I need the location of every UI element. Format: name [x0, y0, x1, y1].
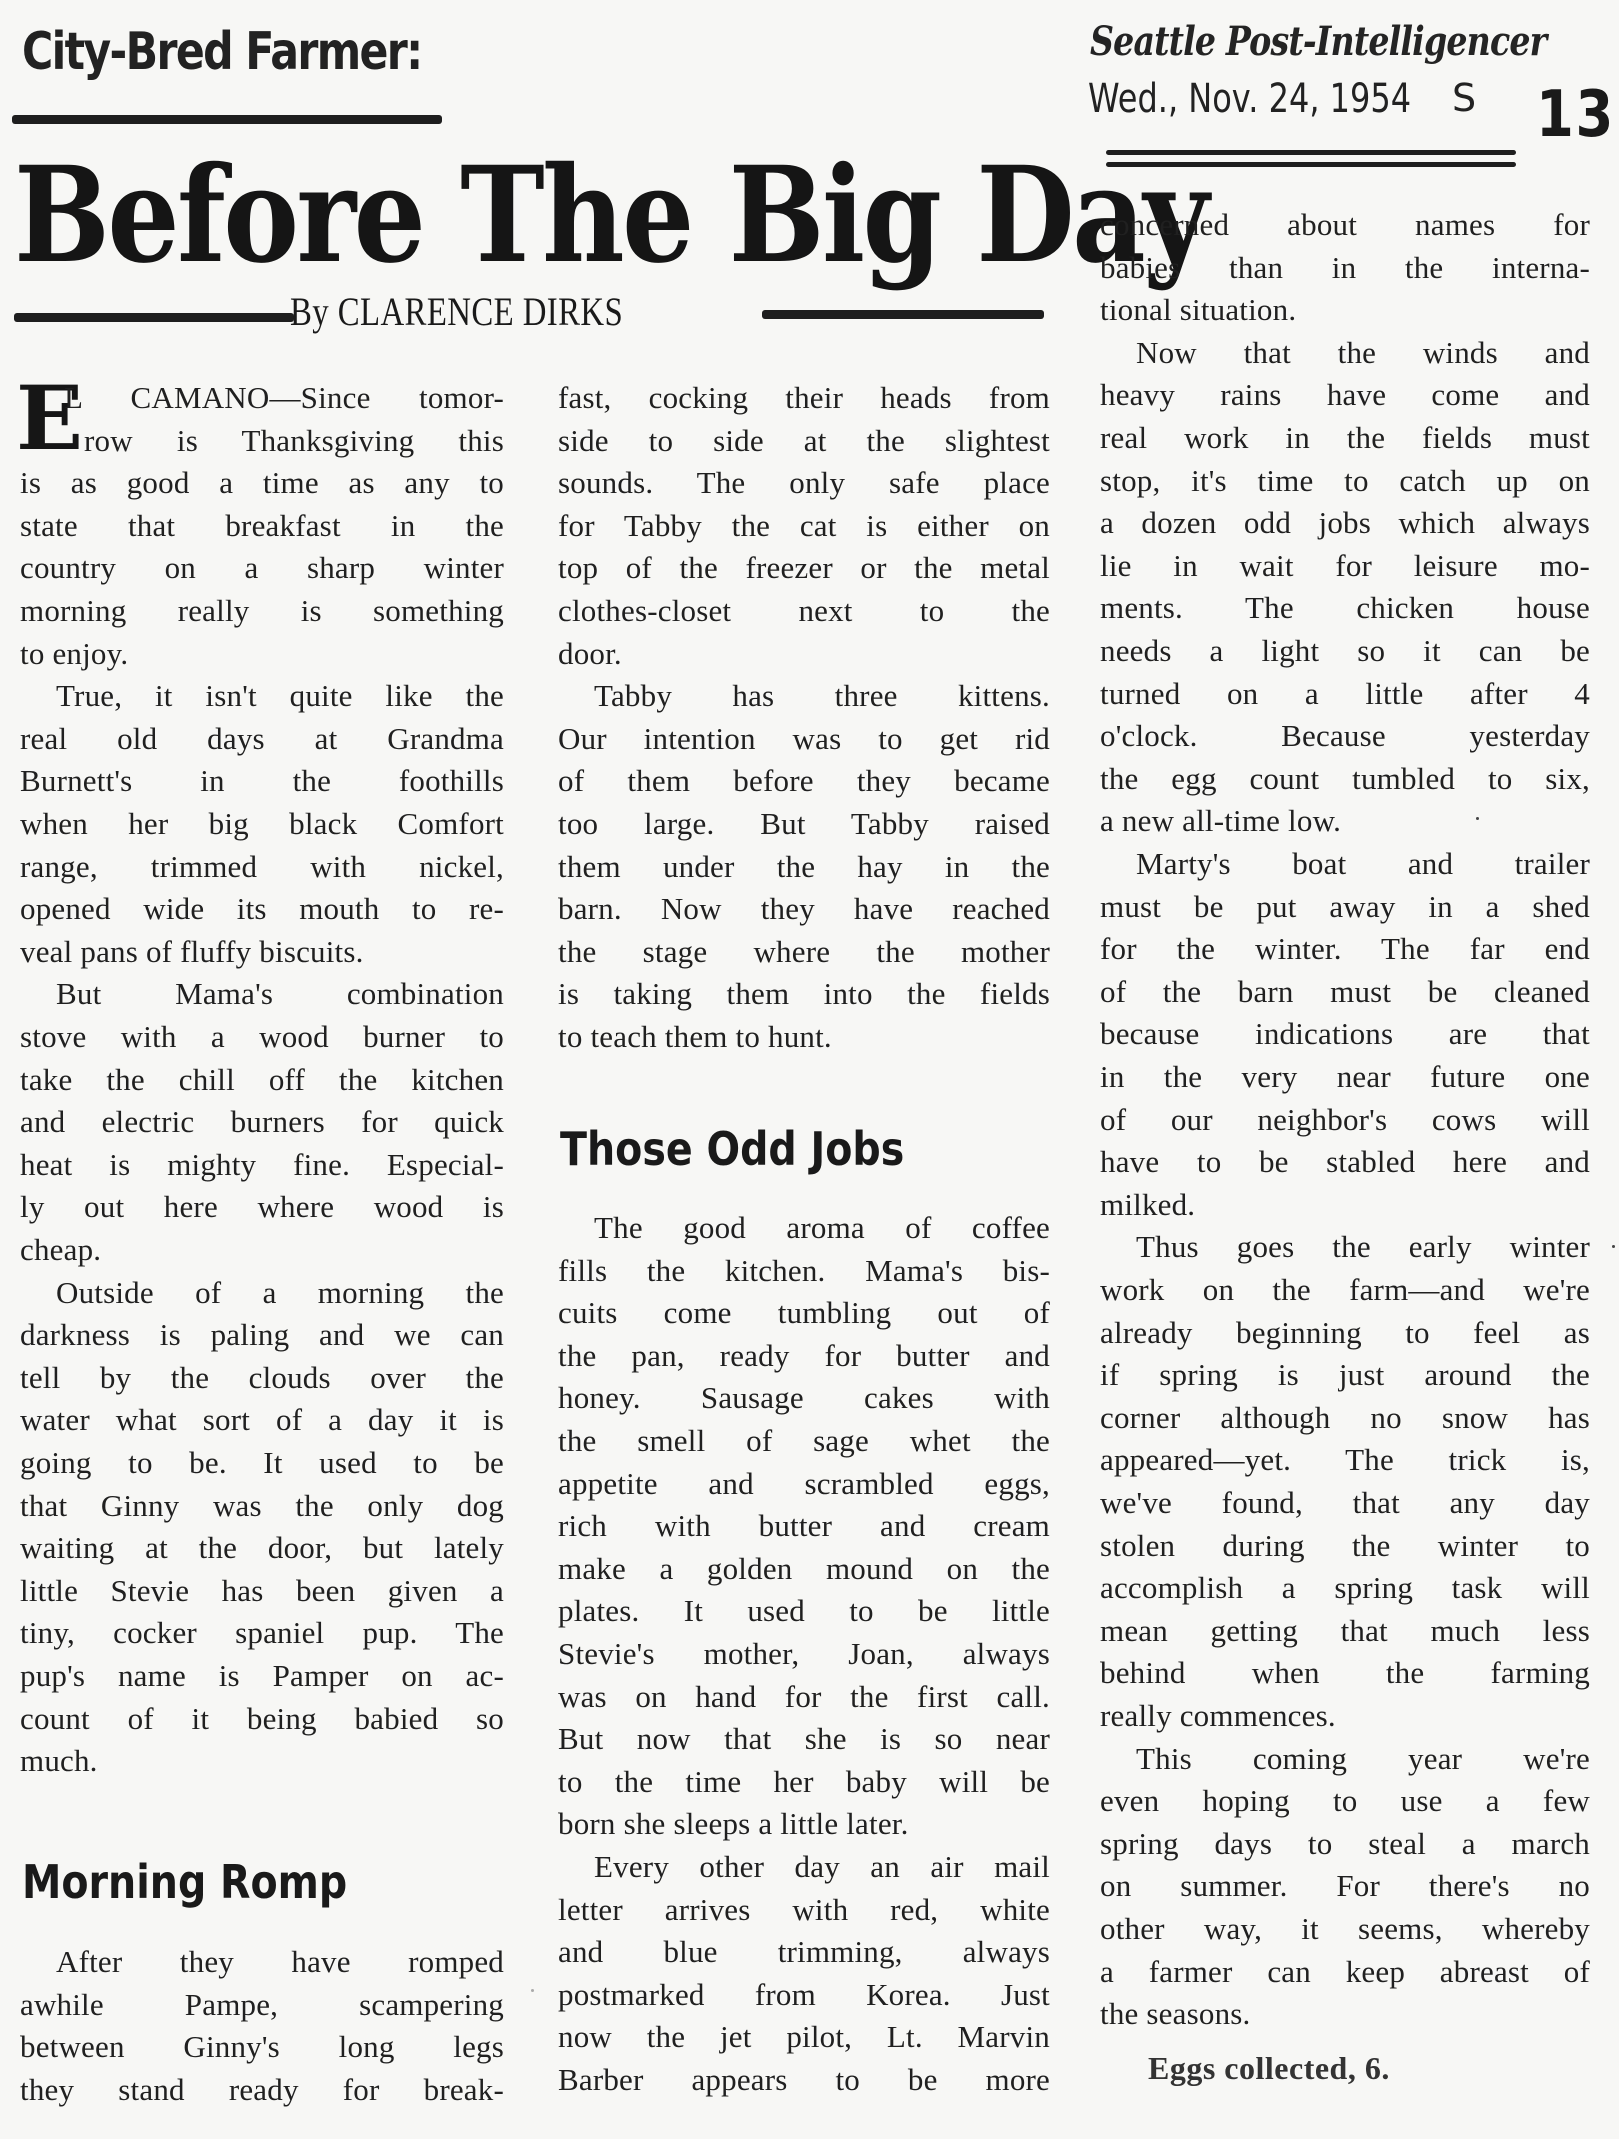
text-line: cheap. — [20, 1230, 504, 1270]
text-line: the seasons. — [1100, 1994, 1590, 2034]
text-line: L CAMANO—Since tomor- — [64, 378, 504, 418]
text-line: the egg count tumbled to six, — [1100, 759, 1590, 799]
text-line: Our intention was to get rid — [558, 719, 1050, 759]
text-line: tional situation. — [1100, 290, 1590, 330]
text-line: heat is mighty fine. Especial- — [20, 1145, 504, 1185]
text-line: too large. But Tabby raised — [558, 804, 1050, 844]
text-line: But now that she is so near — [558, 1719, 1050, 1759]
text-line: going to be. It used to be — [20, 1443, 504, 1483]
text-line: count of it being babied so — [20, 1699, 504, 1739]
text-line: make a golden mound on the — [558, 1549, 1050, 1589]
text-line: born she sleeps a little later. — [558, 1804, 1050, 1844]
text-line: Burnett's in the foothills — [20, 761, 504, 801]
text-line: appeared—yet. The trick is, — [1100, 1440, 1590, 1480]
text-line: Thus goes the early winter — [1100, 1227, 1590, 1267]
text-line: stove with a wood burner to — [20, 1017, 504, 1057]
text-line: tell by the clouds over the — [20, 1358, 504, 1398]
publication-date: Wed., Nov. 24, 1954 — [1088, 76, 1411, 122]
masthead-double-rule-bottom — [1106, 162, 1516, 167]
text-line: is taking them into the fields — [558, 974, 1050, 1014]
text-line: row is Thanksgiving this — [84, 421, 504, 461]
text-line: milked. — [1100, 1185, 1590, 1225]
text-line: Outside of a morning the — [20, 1273, 504, 1313]
text-line: state that breakfast in the — [20, 506, 504, 546]
subhead: Morning Romp — [22, 1855, 347, 1909]
text-line: stolen during the winter to — [1100, 1526, 1590, 1566]
text-line: because indications are that — [1100, 1014, 1590, 1054]
kicker-rule — [12, 115, 442, 124]
text-line: lie in wait for leisure mo- — [1100, 546, 1590, 586]
subhead: Those Odd Jobs — [560, 1122, 904, 1176]
sign-off: Eggs collected, 6. — [1148, 2050, 1390, 2087]
text-line: we've found, that any day — [1100, 1483, 1590, 1523]
text-line: tiny, cocker spaniel pup. The — [20, 1613, 504, 1653]
text-line: to teach them to hunt. — [558, 1017, 1050, 1057]
text-line: for Tabby the cat is either on — [558, 506, 1050, 546]
text-line: on summer. For there's no — [1100, 1866, 1590, 1906]
newspaper-masthead: Seattle Post-Intelligencer — [1090, 18, 1546, 65]
text-line: when her big black Comfort — [20, 804, 504, 844]
text-line: accomplish a spring task will — [1100, 1568, 1590, 1608]
text-line: really commences. — [1100, 1696, 1590, 1736]
text-line: This coming year we're — [1100, 1739, 1590, 1779]
text-line: them under the hay in the — [558, 847, 1050, 887]
text-line: cuits come tumbling out of — [558, 1293, 1050, 1333]
text-line: ments. The chicken house — [1100, 588, 1590, 628]
text-line: they stand ready for break- — [20, 2070, 504, 2110]
text-line: barn. Now they have reached — [558, 889, 1050, 929]
text-line: plates. It used to be little — [558, 1591, 1050, 1631]
text-line: the stage where the mother — [558, 932, 1050, 972]
text-line: water what sort of a day it is — [20, 1400, 504, 1440]
text-line: Now that the winds and — [1100, 333, 1590, 373]
text-line: fast, cocking their heads from — [558, 378, 1050, 418]
scan-speck — [1612, 1245, 1615, 1248]
text-line: behind when the farming — [1100, 1653, 1590, 1693]
text-line: mean getting that much less — [1100, 1611, 1590, 1651]
page-number: 13 — [1536, 78, 1615, 152]
text-line: letter arrives with red, white — [558, 1890, 1050, 1930]
text-line: to the time her baby will be — [558, 1762, 1050, 1802]
text-line: Barber appears to be more — [558, 2060, 1050, 2100]
text-line: Every other day an air mail — [558, 1847, 1050, 1887]
text-line: Marty's boat and trailer — [1100, 844, 1590, 884]
text-line: awhile Pampe, scampering — [20, 1985, 504, 2025]
text-line: postmarked from Korea. Just — [558, 1975, 1050, 2015]
text-line: After they have romped — [20, 1942, 504, 1982]
byline: By CLARENCE DIRKS — [290, 288, 623, 335]
scan-speck — [1476, 817, 1479, 820]
text-line: of the barn must be cleaned — [1100, 972, 1590, 1012]
text-line: babies than in the interna- — [1100, 248, 1590, 288]
text-line: for the winter. The far end — [1100, 929, 1590, 969]
text-line: and electric burners for quick — [20, 1102, 504, 1142]
text-line: already beginning to feel as — [1100, 1313, 1590, 1353]
text-line: a new all-time low. — [1100, 801, 1590, 841]
text-line: honey. Sausage cakes with — [558, 1378, 1050, 1418]
text-line: turned on a little after 4 — [1100, 674, 1590, 714]
text-line: country on a sharp winter — [20, 548, 504, 588]
text-line: But Mama's combination — [20, 974, 504, 1014]
text-line: veal pans of fluffy biscuits. — [20, 932, 504, 972]
text-line: a dozen odd jobs which always — [1100, 503, 1590, 543]
text-line: ly out here where wood is — [20, 1187, 504, 1227]
text-line: top of the freezer or the metal — [558, 548, 1050, 588]
text-line: of them before they became — [558, 761, 1050, 801]
text-line: now the jet pilot, Lt. Marvin — [558, 2017, 1050, 2057]
text-line: if spring is just around the — [1100, 1355, 1590, 1395]
text-line: pup's name is Pamper on ac- — [20, 1656, 504, 1696]
byline-rule-left — [14, 313, 294, 322]
text-line: The good aroma of coffee — [558, 1208, 1050, 1248]
text-line: spring days to steal a march — [1100, 1824, 1590, 1864]
text-line: of our neighbor's cows will — [1100, 1100, 1590, 1140]
text-line: must be put away in a shed — [1100, 887, 1590, 927]
text-line: corner although no snow has — [1100, 1398, 1590, 1438]
text-line: True, it isn't quite like the — [20, 676, 504, 716]
text-line: take the chill off the kitchen — [20, 1060, 504, 1100]
text-line: side to side at the slightest — [558, 421, 1050, 461]
text-line: Stevie's mother, Joan, always — [558, 1634, 1050, 1674]
text-line: have to be stabled here and — [1100, 1142, 1590, 1182]
text-line: stop, it's time to catch up on — [1100, 461, 1590, 501]
masthead-double-rule-top — [1106, 150, 1516, 155]
text-line: between Ginny's long legs — [20, 2027, 504, 2067]
text-line: morning really is something — [20, 591, 504, 631]
text-line: the smell of sage whet the — [558, 1421, 1050, 1461]
text-line: fills the kitchen. Mama's bis- — [558, 1251, 1050, 1291]
text-line: o'clock. Because yesterday — [1100, 716, 1590, 756]
column-kicker: City-Bred Farmer: — [22, 22, 422, 82]
text-line: waiting at the door, but lately — [20, 1528, 504, 1568]
text-line: work on the farm—and we're — [1100, 1270, 1590, 1310]
text-line: concerned about names for — [1100, 205, 1590, 245]
scan-speck — [531, 1989, 534, 1992]
text-line: needs a light so it can be — [1100, 631, 1590, 671]
text-line: opened wide its mouth to re- — [20, 889, 504, 929]
headline: Before The Big Day — [14, 150, 1207, 282]
text-line: appetite and scrambled eggs, — [558, 1464, 1050, 1504]
text-line: real old days at Grandma — [20, 719, 504, 759]
text-line: even hoping to use a few — [1100, 1781, 1590, 1821]
text-line: was on hand for the first call. — [558, 1677, 1050, 1717]
text-line: Tabby has three kittens. — [558, 676, 1050, 716]
text-line: is as good a time as any to — [20, 463, 504, 503]
text-line: the pan, ready for butter and — [558, 1336, 1050, 1376]
text-line: clothes-closet next to the — [558, 591, 1050, 631]
text-line: much. — [20, 1741, 504, 1781]
text-line: little Stevie has been given a — [20, 1571, 504, 1611]
text-line: other way, it seems, whereby — [1100, 1909, 1590, 1949]
section-letter: S — [1452, 76, 1476, 120]
text-line: heavy rains have come and — [1100, 375, 1590, 415]
text-line: sounds. The only safe place — [558, 463, 1050, 503]
text-line: and blue trimming, always — [558, 1932, 1050, 1972]
text-line: in the very near future one — [1100, 1057, 1590, 1097]
text-line: door. — [558, 634, 1050, 674]
text-line: darkness is paling and we can — [20, 1315, 504, 1355]
text-line: real work in the fields must — [1100, 418, 1590, 458]
text-line: to enjoy. — [20, 634, 504, 674]
text-line: rich with butter and cream — [558, 1506, 1050, 1546]
text-line: that Ginny was the only dog — [20, 1486, 504, 1526]
text-line: range, trimmed with nickel, — [20, 847, 504, 887]
text-line: a farmer can keep abreast of — [1100, 1952, 1590, 1992]
byline-rule-right — [762, 310, 1044, 319]
